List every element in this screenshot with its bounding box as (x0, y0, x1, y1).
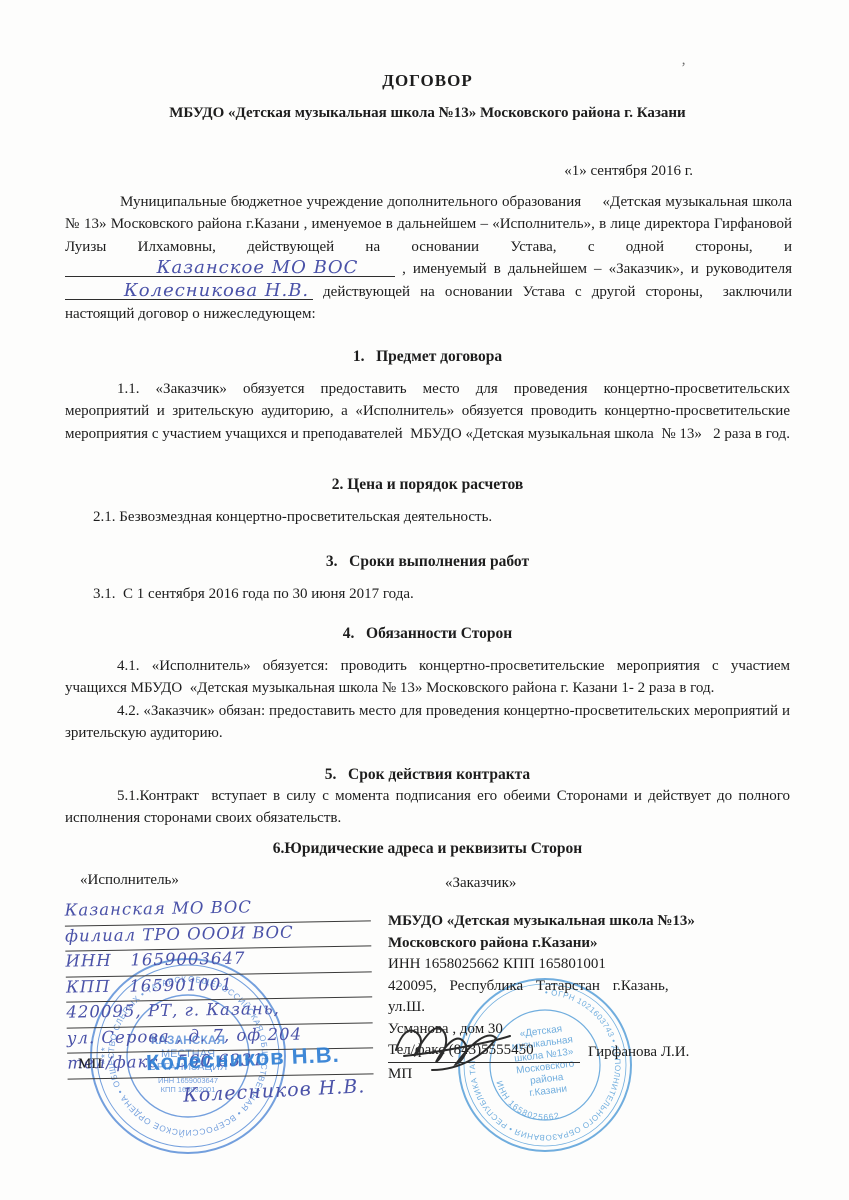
customer-signature-scribble (392, 1012, 542, 1074)
clause-4-1: 4.1. «Исполнитель» обязуется: проводить … (65, 655, 790, 700)
section-3: 3. Сроки выполнения работ 3.1. С 1 сентя… (65, 553, 790, 605)
customer-name-line-1: МБУДО «Детская музыкальная школа №13» (388, 911, 710, 933)
handwritten-customer-name-blank: Казанское МО ВОС (65, 261, 395, 277)
document-subtitle: МБУДО «Детская музыкальная школа №13» Мо… (65, 105, 790, 122)
executor-requisite-text-1: Казанская МО ВОС (64, 897, 252, 919)
document-title: ДОГОВОР (65, 71, 790, 91)
executor-requisite-text-4: КПП 165901001 (66, 974, 233, 996)
clause-4-2: 4.2. «Заказчик» обязан: предоставить мес… (65, 700, 790, 745)
section-4: 4. Обязанности Сторон 4.1. «Исполнитель»… (65, 625, 790, 745)
section-1-heading: 1. Предмет договора (65, 348, 790, 366)
section-4-heading: 4. Обязанности Сторон (65, 625, 790, 643)
executor-requisite-text-5: 420095, РТ, г. Казань, (66, 999, 280, 1022)
section-3-heading: 3. Сроки выполнения работ (65, 553, 790, 571)
section-1: 1. Предмет договора 1.1. «Заказчик» обяз… (65, 348, 790, 445)
section-2-heading: 2. Цена и порядок расчетов (65, 476, 790, 494)
preamble-paragraph: Муниципальные бюджетное учреждение допол… (65, 191, 792, 325)
section-6: 6.Юридические адреса и реквизиты Сторон (65, 840, 790, 858)
customer-inn-kpp: ИНН 1658025662 КПП 165801001 (388, 954, 710, 976)
contract-document-page: ’ ДОГОВОР МБУДО «Детская музыкальная шко… (0, 0, 849, 1200)
customer-signature-name: Гирфанова Л.И. (588, 1044, 689, 1061)
executor-party-label: «Исполнитель» (80, 872, 179, 889)
executor-requisite-text-6: ул. Серова , д. 7, оф 204 (67, 1024, 302, 1047)
section-6-heading: 6.Юридические адреса и реквизиты Сторон (65, 840, 790, 858)
executor-requisite-text-2: филиал ТРО ОООИ ВОС (65, 922, 294, 945)
section-5-heading: 5. Срок действия контракта (65, 766, 790, 784)
clause-5-1: 5.1.Контракт вступает в силу с момента п… (65, 785, 790, 830)
document-date: «1» сентября 2016 г. (65, 163, 693, 180)
preamble-text-1: Муниципальные бюджетное учреждение допол… (65, 194, 792, 255)
preamble-text-2: , именуемый в дальнейшем – «Заказчик», и… (402, 261, 792, 277)
handwritten-director-name: Колесникова Н.В. (124, 280, 309, 301)
section-5: 5. Срок действия контракта 5.1.Контракт … (65, 766, 790, 830)
executor-requisite-text-3: ИНН 1659003647 (65, 949, 245, 971)
clause-2-1: 2.1. Безвозмездная концертно-просветител… (65, 506, 790, 528)
customer-name-line-2: Московского района г.Казани» (388, 933, 710, 955)
handwritten-director-name-blank: Колесникова Н.В. (65, 284, 313, 300)
executor-mp-label: МП (78, 1056, 102, 1073)
clause-3-1: 3.1. С 1 сентября 2016 года по 30 июня 2… (65, 583, 790, 605)
clause-1-1: 1.1. «Заказчик» обязуется предоставить м… (65, 378, 790, 445)
section-2: 2. Цена и порядок расчетов 2.1. Безвозме… (65, 476, 790, 528)
customer-party-label: «Заказчик» (445, 875, 516, 892)
handwritten-customer-name: Казанское МО ВОС (157, 257, 359, 278)
